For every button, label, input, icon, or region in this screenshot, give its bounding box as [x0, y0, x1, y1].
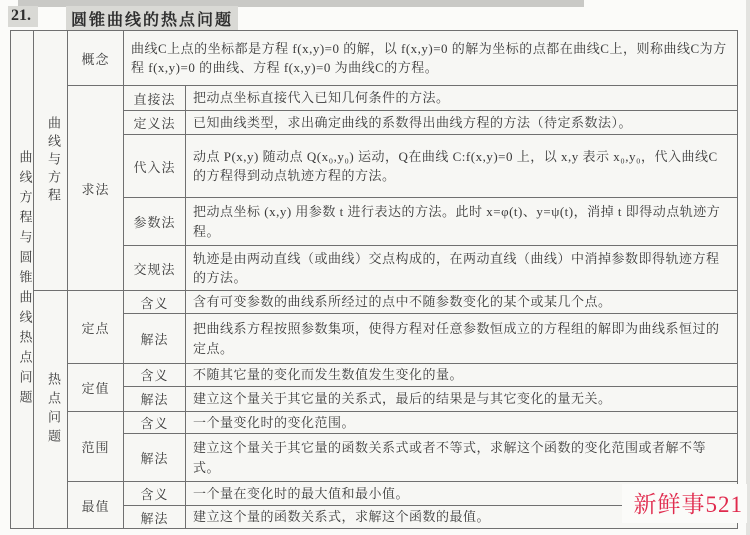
concept-text-cell: 曲线C上点的坐标都是方程 f(x,y)=0 的解，以 f(x,y)=0 的解为坐…	[124, 31, 738, 86]
methods-header-cell: 求法	[68, 86, 124, 291]
meaning-text-cell: 不随其它量的变化而发生数值发生变化的量。	[186, 364, 738, 387]
topic-name-cell: 定点	[68, 291, 124, 364]
meaning-label-cell: 含义	[124, 291, 186, 314]
method-desc-cell: 轨迹是由两动直线（或曲线）交点构成的，在两动直线（曲线）中消掉参数即得轨迹方程的…	[186, 246, 738, 291]
meaning-text-cell: 含有可变参数的曲线系所经过的点中不随参数变化的某个或某几个点。	[186, 291, 738, 314]
solution-label-cell: 解法	[124, 434, 186, 482]
meaning-label-cell: 含义	[124, 411, 186, 434]
meaning-label-cell: 含义	[124, 364, 186, 387]
curve-section-label: 曲线与方程	[44, 116, 57, 206]
page-title: 21. 圆锥曲线的热点问题	[8, 6, 238, 29]
watermark-text: 新鲜事521	[622, 484, 748, 523]
solution-text-cell: 建立这个量关于其它量的关系式，最后的结果是与其它变化的量无关。	[186, 386, 738, 411]
group-header-cell: 曲线方程与圆锥曲线热点问题	[11, 31, 34, 529]
method-name-cell: 定义法	[124, 111, 186, 135]
method-desc-cell: 已知曲线类型，求出确定曲线的系数得出曲线方程的方法（待定系数法）。	[186, 111, 738, 135]
meaning-text-cell: 一个量变化时的变化范围。	[186, 411, 738, 434]
topic-name-cell: 范围	[68, 411, 124, 482]
solution-label-cell: 解法	[124, 386, 186, 411]
method-desc-cell: 把动点坐标 (x,y) 用参数 t 进行表达的方法。此时 x=φ(t)、y=ψ(…	[186, 198, 738, 246]
topic-name-cell: 定值	[68, 364, 124, 412]
solution-label-cell: 解法	[124, 314, 186, 364]
solution-text-cell: 把曲线系方程按照参数集项，使得方程对任意参数恒成立的方程组的解即为曲线系恒过的定…	[186, 314, 738, 364]
group-header-label: 曲线方程与圆锥曲线热点问题	[16, 150, 29, 410]
hot-section-label: 热点问题	[44, 372, 57, 448]
section-number: 21.	[8, 6, 38, 27]
hot-section-header-cell: 热点问题	[34, 291, 68, 529]
meaning-label-cell: 含义	[124, 482, 186, 506]
page-title-text: 圆锥曲线的热点问题	[66, 6, 238, 32]
method-name-cell: 交规法	[124, 246, 186, 291]
scan-side-strip	[746, 0, 750, 535]
concept-label-cell: 概念	[68, 31, 124, 86]
topic-name-cell: 最值	[68, 482, 124, 529]
solution-label-cell: 解法	[124, 506, 186, 529]
conic-hotspot-table: 曲线方程与圆锥曲线热点问题 曲线与方程 概念 曲线C上点的坐标都是方程 f(x,…	[10, 30, 738, 529]
curve-section-header-cell: 曲线与方程	[34, 31, 68, 291]
method-name-cell: 参数法	[124, 198, 186, 246]
method-name-cell: 直接法	[124, 86, 186, 111]
method-name-cell: 代入法	[124, 135, 186, 198]
solution-text-cell: 建立这个量关于其它量的函数关系式或者不等式，求解这个函数的变化范围或者解不等式。	[186, 434, 738, 482]
method-desc-cell: 把动点坐标直接代入已知几何条件的方法。	[186, 86, 738, 111]
method-desc-cell: 动点 P(x,y) 随动点 Q(x₀,y₀) 运动，Q在曲线 C:f(x,y)=…	[186, 135, 738, 198]
